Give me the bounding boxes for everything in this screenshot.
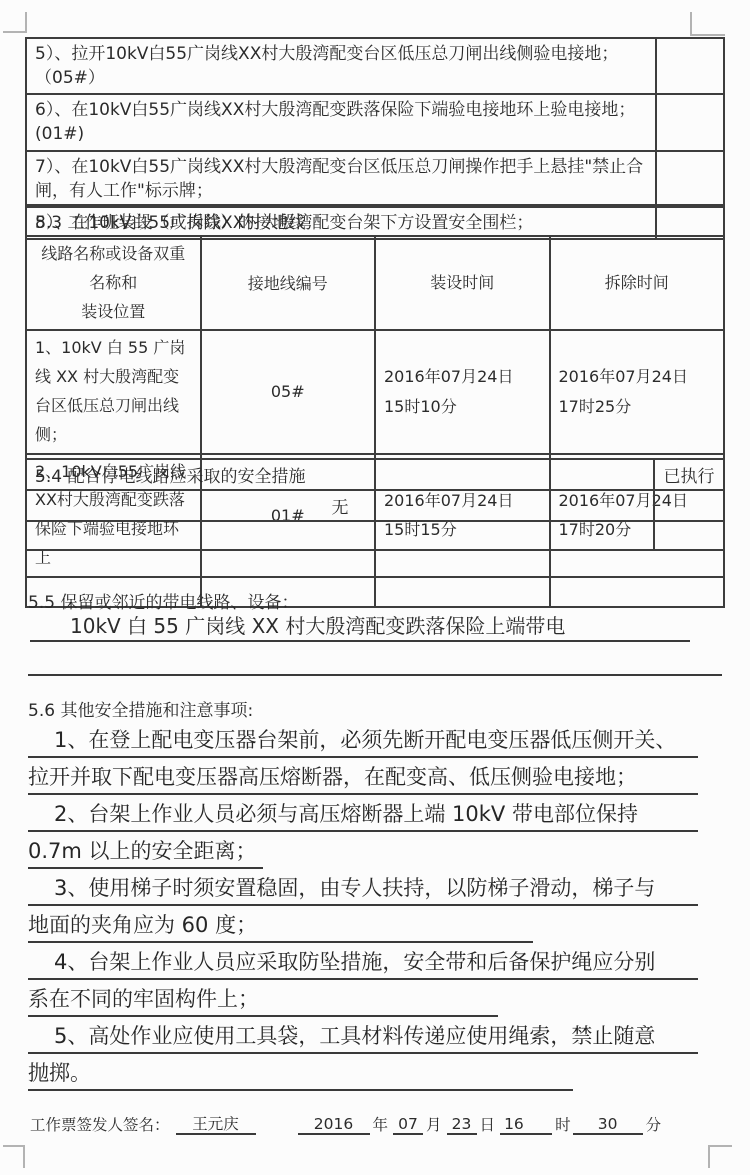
column-header-wire-no: 接地线编号 bbox=[201, 236, 376, 330]
note-line: 地面的夹角应为 60 度； bbox=[28, 906, 533, 943]
ground-wire-no: 05# bbox=[201, 330, 376, 453]
ground-location: 1、10kV 白 55 广岗线 XX 村大殷湾配变台区低压总刀闸出线侧； bbox=[26, 330, 201, 453]
blank-fill-line bbox=[28, 674, 722, 676]
note-line: 3、使用梯子时须安置稳固，由专人扶持，以防梯子滑动，梯子与 bbox=[28, 869, 698, 906]
page-corner-mark-bottom-left bbox=[3, 1145, 25, 1168]
remove-time: 2016年07月24日 17时25分 bbox=[550, 330, 725, 453]
section-5-4-title: 5.4 配合停电线路应采取的安全措施 bbox=[26, 459, 654, 490]
sign-minute: 30 bbox=[573, 1114, 643, 1135]
executed-header: 已执行 bbox=[654, 459, 724, 490]
year-unit: 年 bbox=[373, 1116, 389, 1134]
note-line: 拉开并取下配电变压器高压熔断器，在配变高、低压侧验电接地； bbox=[28, 758, 698, 795]
column-header-install-time: 装设时间 bbox=[375, 236, 550, 330]
sign-hour: 16 bbox=[500, 1114, 552, 1135]
note-line: 0.7m 以上的安全距离； bbox=[28, 832, 263, 869]
measure-check-cell bbox=[656, 151, 724, 207]
note-line: 4、台架上作业人员应采取防坠措施，安全带和后备保护绳应分别 bbox=[28, 943, 698, 980]
table-header-row: 线路名称或设备双重名称和 装设位置 接地线编号 装设时间 拆除时间 bbox=[26, 236, 724, 330]
table-row bbox=[26, 521, 724, 550]
table-row: 1、10kV 白 55 广岗线 XX 村大殷湾配变台区低压总刀闸出线侧； 05#… bbox=[26, 330, 724, 453]
note-line: 抛掷。 bbox=[28, 1054, 573, 1091]
day-unit: 日 bbox=[480, 1116, 496, 1134]
table-header-row: 5.4 配合停电线路应采取的安全措施 已执行 bbox=[26, 459, 724, 490]
measure-text: 5）、拉开10kV白55广岗线XX村大殷湾配变台区低压总刀闸出线侧验电接地；（0… bbox=[26, 38, 656, 94]
coop-measure bbox=[26, 521, 654, 550]
work-ticket-page: 5）、拉开10kV白55广岗线XX村大殷湾配变台区低压总刀闸出线侧验电接地；（0… bbox=[0, 0, 750, 1175]
issuer-signature-line: 工作票签发人签名：王元庆2016年07月23日16时30分 bbox=[30, 1113, 666, 1135]
table-row: 6）、在10kV白55广岗线XX村大殷湾配变跌落保险下端验电接地环上验电接地；(… bbox=[26, 94, 724, 150]
page-corner-mark-bottom-right bbox=[708, 1145, 732, 1168]
section-5-3-title: 5.3 工作班装设（或拆除）的接地线 bbox=[26, 205, 724, 236]
measure-check-cell bbox=[656, 38, 724, 94]
remove-time bbox=[550, 577, 725, 607]
hour-unit: 时 bbox=[555, 1116, 571, 1134]
measure-text: 6）、在10kV白55广岗线XX村大殷湾配变跌落保险下端验电接地环上验电接地；(… bbox=[26, 94, 656, 150]
page-corner-mark-top-right bbox=[690, 12, 725, 36]
coop-outage-table: 5.4 配合停电线路应采取的安全措施 已执行 无 bbox=[25, 458, 725, 551]
measure-check-cell bbox=[656, 94, 724, 150]
page-corner-mark-top-left bbox=[3, 12, 27, 33]
install-time bbox=[375, 577, 550, 607]
table-row: 7）、在10kV白55广岗线XX村大殷湾配变台区低压总刀闸操作把手上悬挂"禁止合… bbox=[26, 151, 724, 207]
table-row: 5）、拉开10kV白55广岗线XX村大殷湾配变台区低压总刀闸出线侧验电接地；（0… bbox=[26, 38, 724, 94]
note-line: 2、台架上作业人员必须与高压熔断器上端 10kV 带电部位保持 bbox=[28, 795, 698, 832]
measure-text: 7）、在10kV白55广岗线XX村大殷湾配变台区低压总刀闸操作把手上悬挂"禁止合… bbox=[26, 151, 656, 207]
sign-day: 23 bbox=[447, 1114, 477, 1135]
note-line: 5、高处作业应使用工具袋，工具材料传递应使用绳索，禁止随意 bbox=[28, 1017, 698, 1054]
table-row: 5.3 工作班装设（或拆除）的接地线 bbox=[26, 205, 724, 236]
note-line: 1、在登上配电变压器台架前，必须先断开配电变压器低压侧开关、 bbox=[28, 721, 698, 758]
coop-measure: 无 bbox=[26, 490, 654, 521]
minute-unit: 分 bbox=[646, 1116, 662, 1134]
month-unit: 月 bbox=[426, 1116, 442, 1134]
live-line-value: 10kV 白 55 广岗线 XX 村大殷湾配变跌落保险上端带电 bbox=[30, 612, 690, 642]
column-header-remove-time: 拆除时间 bbox=[550, 236, 725, 330]
section-5-6-label: 5.6 其他安全措施和注意事项: bbox=[28, 696, 253, 721]
issuer-name: 王元庆 bbox=[176, 1114, 256, 1135]
table-row: 无 bbox=[26, 490, 724, 521]
install-time: 2016年07月24日 15时10分 bbox=[375, 330, 550, 453]
section-5-5-label: 5.5 保留或邻近的带电线路、设备： bbox=[28, 588, 298, 613]
executed-cell bbox=[654, 521, 724, 550]
executed-cell bbox=[654, 490, 724, 521]
sign-year: 2016 bbox=[298, 1114, 370, 1135]
safety-notes: 1、在登上配电变压器台架前，必须先断开配电变压器低压侧开关、 拉开并取下配电变压… bbox=[28, 721, 698, 1091]
note-line: 系在不同的牢固构件上； bbox=[28, 980, 498, 1017]
signature-label: 工作票签发人签名： bbox=[30, 1116, 170, 1134]
sign-month: 07 bbox=[393, 1114, 423, 1135]
column-header-location: 线路名称或设备双重名称和 装设位置 bbox=[26, 236, 201, 330]
